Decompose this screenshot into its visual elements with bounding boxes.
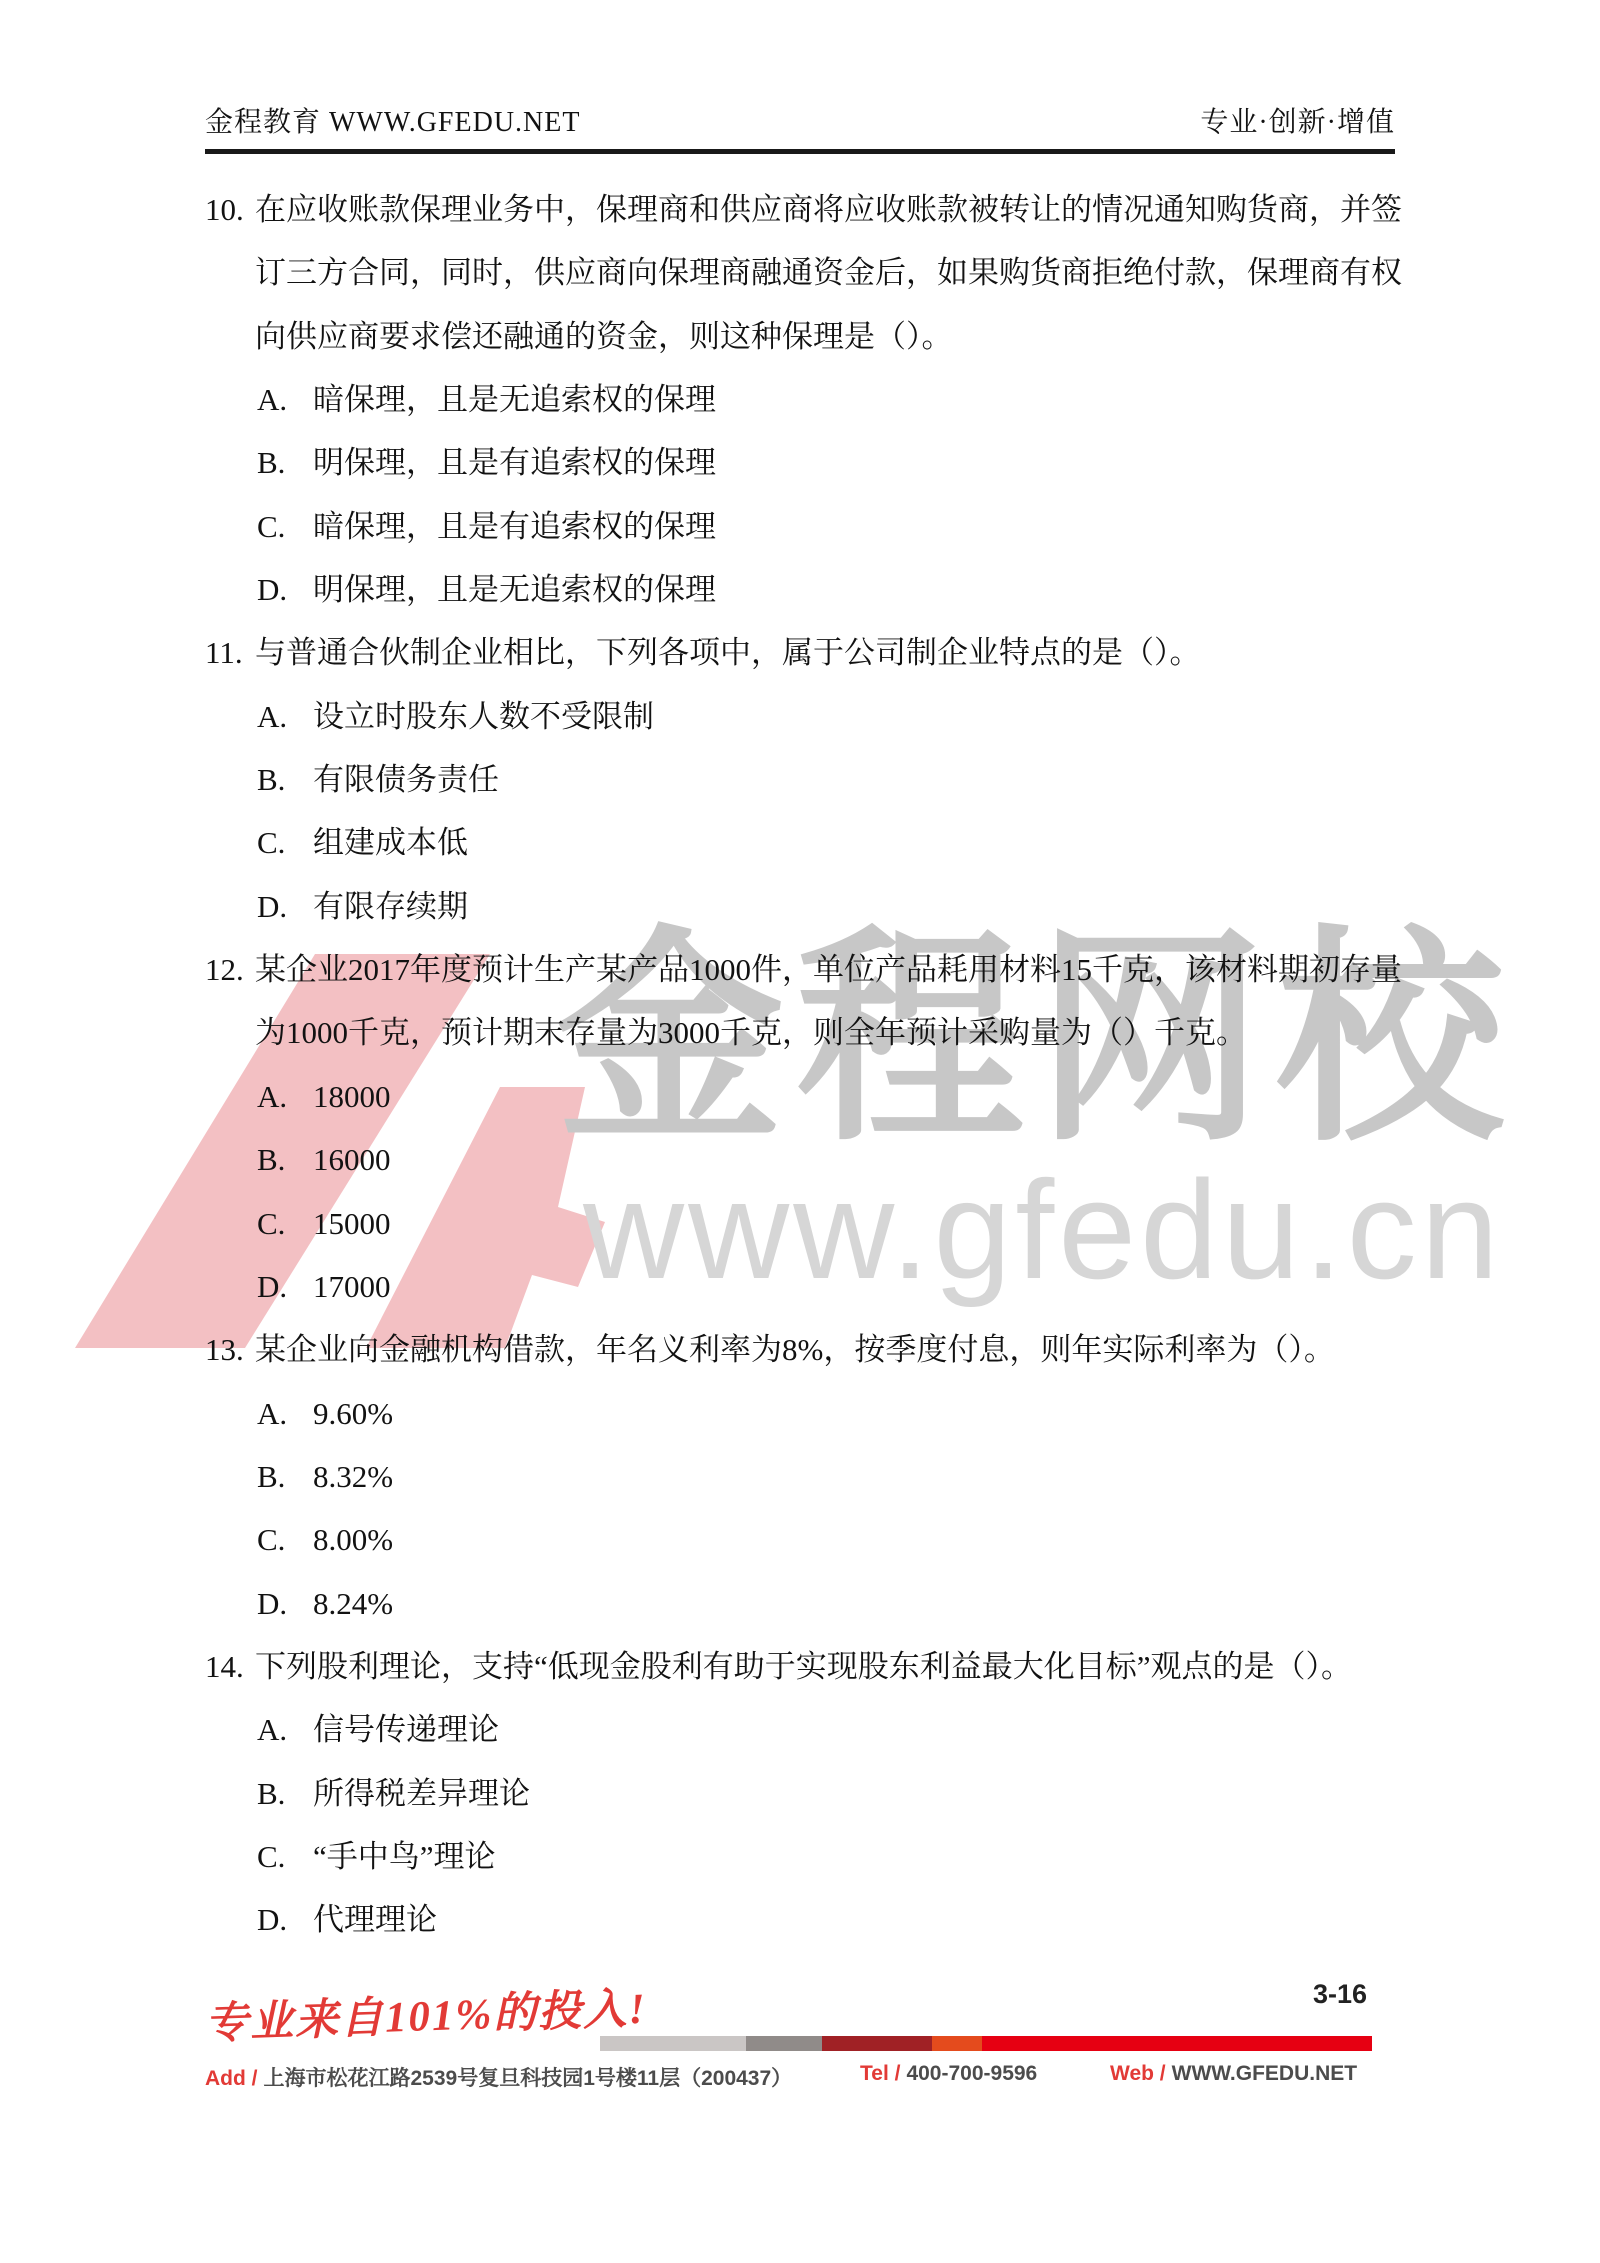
option-letter: B.	[257, 443, 313, 483]
q12-stem-line-2: 为1000千克，预计期末存量为3000千克，则全年预计采购量为（）千克。	[0, 1013, 1600, 1076]
option-text: 有限债务责任	[313, 762, 499, 797]
q10-stem-line-1: 10.在应收账款保理业务中，保理商和供应商将应收账款被转让的情况通知购货商，并签	[0, 190, 1600, 253]
q10-stem-line-3: 向供应商要求偿还融通的资金，则这种保理是（）。	[0, 317, 1600, 380]
footer-telephone: Tel /400-700-9596	[860, 2062, 1037, 2086]
option-letter: C.	[257, 1520, 313, 1560]
q13-option-a: A.9.60%	[0, 1394, 1600, 1457]
option-letter: D.	[257, 1584, 313, 1624]
q13-option-d: D.8.24%	[0, 1584, 1600, 1647]
bar-segment	[600, 2036, 746, 2051]
option-text: 代理理论	[313, 1902, 437, 1937]
q14-number: 14.	[205, 1647, 255, 1687]
questions-list: 10.在应收账款保理业务中，保理商和供应商将应收账款被转让的情况通知购货商，并签…	[0, 190, 1600, 1964]
option-text: 17000	[313, 1269, 391, 1304]
q11-option-a: A.设立时股东人数不受限制	[0, 697, 1600, 760]
q11-option-b: B.有限债务责任	[0, 760, 1600, 823]
option-text: 18000	[313, 1079, 391, 1114]
web-label: Web /	[1110, 2062, 1172, 2085]
q12-option-c: C.15000	[0, 1204, 1600, 1267]
q12-option-b: B.16000	[0, 1140, 1600, 1203]
option-letter: C.	[257, 823, 313, 863]
q14-option-b: B.所得税差异理论	[0, 1774, 1600, 1837]
q10-number: 10.	[205, 190, 255, 230]
option-text: 16000	[313, 1142, 391, 1177]
header-brand: 金程教育 WWW.GFEDU.NET	[205, 100, 580, 140]
q10-option-b: B.明保理，且是有追索权的保理	[0, 443, 1600, 506]
footer-color-bar	[600, 2036, 1372, 2051]
q10-stem-text-2: 订三方合同，同时，供应商向保理商融通资金后，如果购货商拒绝付款，保理商有权	[255, 255, 1402, 290]
q10-option-c: C.暗保理，且是有追索权的保理	[0, 507, 1600, 570]
q10-stem-text: 在应收账款保理业务中，保理商和供应商将应收账款被转让的情况通知购货商，并签	[255, 192, 1402, 227]
q11-stem: 11.与普通合伙制企业相比，下列各项中，属于公司制企业特点的是（）。	[0, 633, 1600, 696]
q13-number: 13.	[205, 1330, 255, 1370]
option-letter: A.	[257, 1710, 313, 1750]
q11-option-c: C.组建成本低	[0, 823, 1600, 886]
web-value: WWW.GFEDU.NET	[1172, 2062, 1357, 2085]
page-header: 金程教育 WWW.GFEDU.NET 专业·创新·增值	[205, 0, 1395, 154]
bar-segment	[982, 2036, 1372, 2051]
q14-option-d: D.代理理论	[0, 1900, 1600, 1963]
option-letter: A.	[257, 1394, 313, 1434]
header-tagline: 专业·创新·增值	[1200, 100, 1395, 140]
q13-stem-text: 某企业向金融机构借款，年名义利率为8%，按季度付息，则年实际利率为（）。	[255, 1332, 1335, 1367]
option-letter: D.	[257, 570, 313, 610]
option-letter: C.	[257, 1837, 313, 1877]
option-text: 8.32%	[313, 1459, 393, 1494]
bar-segment	[932, 2036, 982, 2051]
address-value: 上海市松花江路2539号复旦科技园1号楼11层（200437）	[264, 2067, 793, 2090]
q12-stem-line-1: 12.某企业2017年度预计生产某产品1000件，单位产品耗用材料15千克，该材…	[0, 950, 1600, 1013]
bar-segment	[746, 2036, 822, 2051]
footer-website: Web /WWW.GFEDU.NET	[1110, 2062, 1357, 2086]
q14-option-c: C.“手中鸟”理论	[0, 1837, 1600, 1900]
option-text: 明保理，且是有追索权的保理	[313, 445, 716, 480]
option-letter: B.	[257, 1774, 313, 1814]
option-text: 暗保理，且是有追索权的保理	[313, 509, 716, 544]
option-text: 暗保理，且是无追索权的保理	[313, 382, 716, 417]
option-letter: D.	[257, 1900, 313, 1940]
option-text: 信号传递理论	[313, 1712, 499, 1747]
q14-stem: 14.下列股利理论，支持“低现金股利有助于实现股东利益最大化目标”观点的是（）。	[0, 1647, 1600, 1710]
q12-number: 12.	[205, 950, 255, 990]
option-letter: D.	[257, 887, 313, 927]
q13-stem: 13.某企业向金融机构借款，年名义利率为8%，按季度付息，则年实际利率为（）。	[0, 1330, 1600, 1393]
option-letter: A.	[257, 697, 313, 737]
option-text: 组建成本低	[313, 825, 468, 860]
option-letter: A.	[257, 380, 313, 420]
q13-option-b: B.8.32%	[0, 1457, 1600, 1520]
page-number: 3-16	[1313, 1979, 1367, 2010]
q13-option-c: C.8.00%	[0, 1520, 1600, 1583]
option-text: 15000	[313, 1206, 391, 1241]
address-label: Add /	[205, 2067, 264, 2090]
option-text: 9.60%	[313, 1396, 393, 1431]
option-letter: D.	[257, 1267, 313, 1307]
footer-address: Add /上海市松花江路2539号复旦科技园1号楼11层（200437）	[205, 2062, 792, 2092]
option-text: 有限存续期	[313, 889, 468, 924]
option-text: 明保理，且是无追索权的保理	[313, 572, 716, 607]
footer-contact: Add /上海市松花江路2539号复旦科技园1号楼11层（200437） Tel…	[205, 2062, 1460, 2092]
q14-option-a: A.信号传递理论	[0, 1710, 1600, 1773]
tel-label: Tel /	[860, 2062, 906, 2085]
option-letter: C.	[257, 1204, 313, 1244]
option-letter: C.	[257, 507, 313, 547]
q10-stem-line-2: 订三方合同，同时，供应商向保理商融通资金后，如果购货商拒绝付款，保理商有权	[0, 253, 1600, 316]
option-text: 所得税差异理论	[313, 1776, 530, 1811]
q12-stem-text-2: 为1000千克，预计期末存量为3000千克，则全年预计采购量为（）千克。	[255, 1015, 1247, 1050]
q11-number: 11.	[205, 633, 255, 673]
tel-value: 400-700-9596	[906, 2062, 1037, 2085]
q12-stem-text: 某企业2017年度预计生产某产品1000件，单位产品耗用材料15千克，该材料期初…	[255, 952, 1402, 987]
footer-slogan: 专业来自101%的投入!	[204, 1984, 648, 2051]
option-letter: B.	[257, 1140, 313, 1180]
option-letter: A.	[257, 1077, 313, 1117]
option-letter: B.	[257, 760, 313, 800]
q10-stem-text-3: 向供应商要求偿还融通的资金，则这种保理是（）。	[255, 319, 953, 354]
q11-stem-text: 与普通合伙制企业相比，下列各项中，属于公司制企业特点的是（）。	[255, 635, 1201, 670]
option-letter: B.	[257, 1457, 313, 1497]
q11-option-d: D.有限存续期	[0, 887, 1600, 950]
option-text: 8.24%	[313, 1586, 393, 1621]
q12-option-d: D.17000	[0, 1267, 1600, 1330]
q14-stem-text: 下列股利理论，支持“低现金股利有助于实现股东利益最大化目标”观点的是（）。	[255, 1649, 1352, 1684]
option-text: 8.00%	[313, 1522, 393, 1557]
q10-option-d: D.明保理，且是无追索权的保理	[0, 570, 1600, 633]
option-text: 设立时股东人数不受限制	[313, 699, 654, 734]
bar-segment	[822, 2036, 932, 2051]
q12-option-a: A.18000	[0, 1077, 1600, 1140]
option-text: “手中鸟”理论	[313, 1839, 496, 1874]
q10-option-a: A.暗保理，且是无追索权的保理	[0, 380, 1600, 443]
